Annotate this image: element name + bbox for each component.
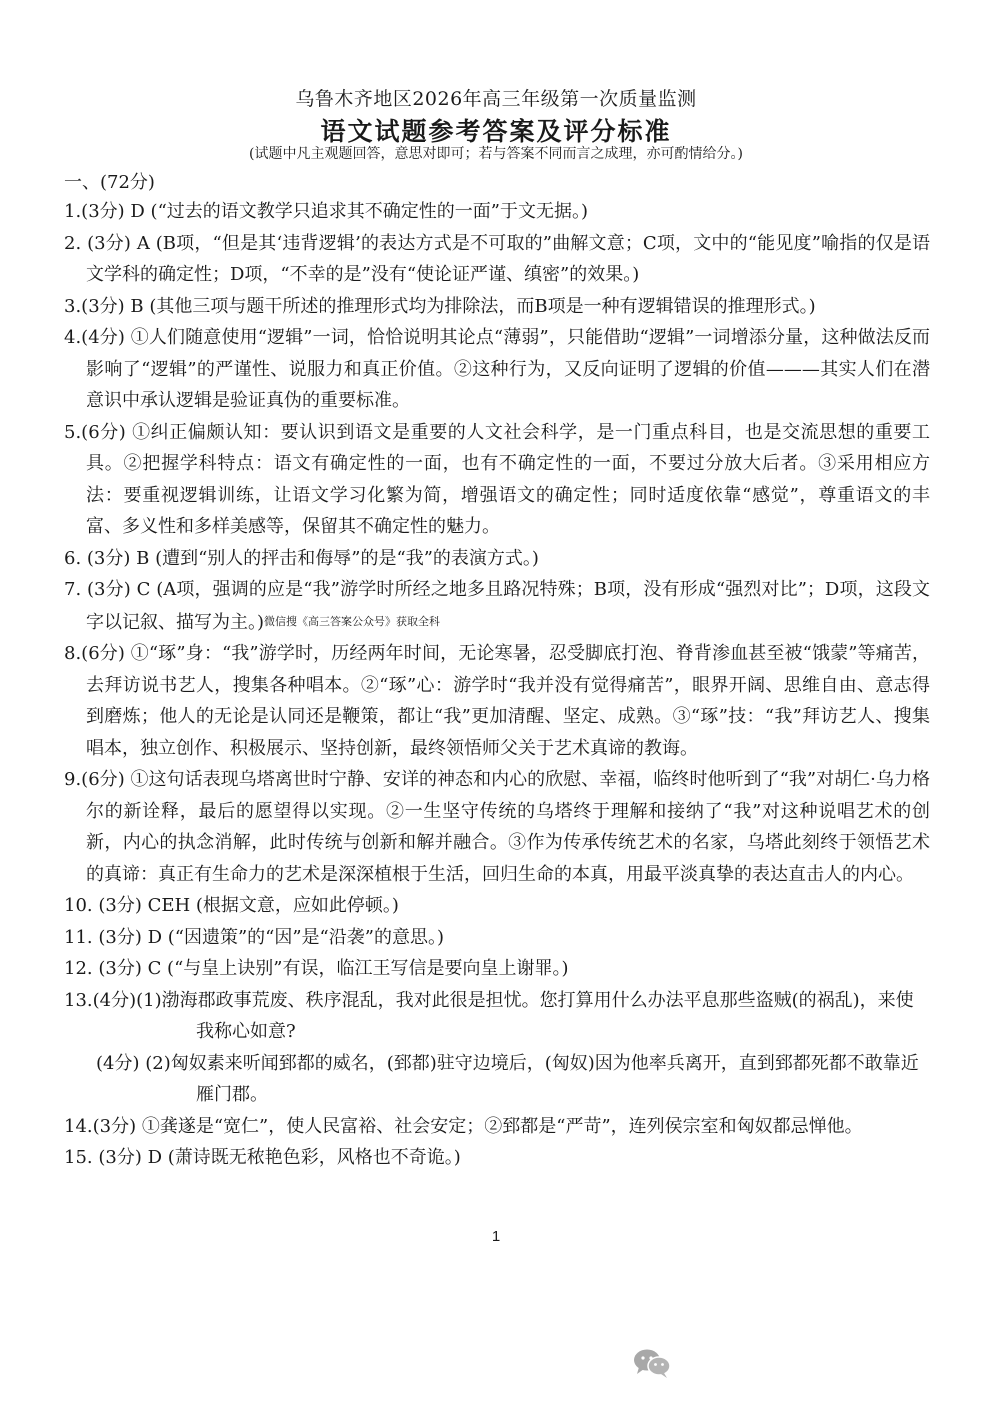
exam-title: 乌鲁木齐地区2026年高三年级第一次质量监测 — [0, 84, 992, 111]
answer-7: 7. (3分) C (A项，强调的应是“我”游学时所经之地多且路况特殊；B项，没… — [64, 574, 930, 638]
answer-1: 1.(3分) D (“过去的语文教学只追求其不确定性的一面”于文无据。) — [64, 196, 930, 228]
answer-4: 4.(4分) ①人们随意使用“逻辑”一词，恰恰说明其论点“薄弱”，只能借助“逻辑… — [64, 322, 930, 417]
answer-list: 1.(3分) D (“过去的语文教学只追求其不确定性的一面”于文无据。) 2. … — [64, 196, 930, 1174]
answer-13-part1: 13.(4分)(1)渤海郡政事荒废、秩序混乱，我对此很是担忧。您打算用什么办法平… — [64, 985, 930, 1048]
answer-8: 8.(6分) ①“琢”身：“我”游学时，历经两年时间，无论寒暑，忍受脚底打泡、脊… — [64, 638, 930, 764]
answer-11: 11. (3分) D (“因遗策”的“因”是“沿袭”的意思。) — [64, 922, 930, 954]
answer-9: 9.(6分) ①这句话表现乌塔离世时宁静、安详的神态和内心的欣慰、幸福，临终时他… — [64, 764, 930, 890]
answer-14: 14.(3分) ①龚遂是“宽仁”，使人民富裕、社会安定；②郅都是“严苛”，连列侯… — [64, 1111, 930, 1143]
answer-3: 3.(3分) B (其他三项与题干所述的推理形式均为排除法，而B项是一种有逻辑错… — [64, 291, 930, 323]
wechat-icon — [632, 1348, 674, 1378]
answer-13-part2: (4分) (2)匈奴素来听闻郅都的威名，(郅都)驻守边境后，(匈奴)因为他率兵离… — [64, 1048, 930, 1111]
grading-note: (试题中凡主观题回答，意思对即可；若与答案不同而言之成理，亦可酌情给分。) — [0, 143, 992, 163]
answer-7-text: 7. (3分) C (A项，强调的应是“我”游学时所经之地多且路况特殊；B项，没… — [64, 579, 930, 633]
answer-2: 2. (3分) A (B项，“但是其‘违背逻辑’的表达方式是不可取的”曲解文意；… — [64, 228, 930, 291]
answer-6: 6. (3分) B (遭到“别人的抨击和侮辱”的是“我”的表演方式。) — [64, 543, 930, 575]
section-heading: 一、(72分) — [64, 168, 155, 194]
answer-15: 15. (3分) D (萧诗既无秾艳色彩，风格也不奇诡。) — [64, 1142, 930, 1174]
answer-5: 5.(6分) ①纠正偏颇认知：要认识到语文是重要的人文社会科学，是一门重点科目，… — [64, 417, 930, 543]
watermark-text: 微信搜《高三答案公众号》获取全科 — [264, 615, 440, 628]
answer-10: 10. (3分) CEH (根据文意，应如此停顿。) — [64, 890, 930, 922]
answer-12: 12. (3分) C (“与皇上诀别”有误，临江王写信是要向皇上谢罪。) — [64, 953, 930, 985]
document-page: 乌鲁木齐地区2026年高三年级第一次质量监测 语文试题参考答案及评分标准 (试题… — [0, 0, 992, 1403]
page-number: 1 — [0, 1228, 992, 1245]
